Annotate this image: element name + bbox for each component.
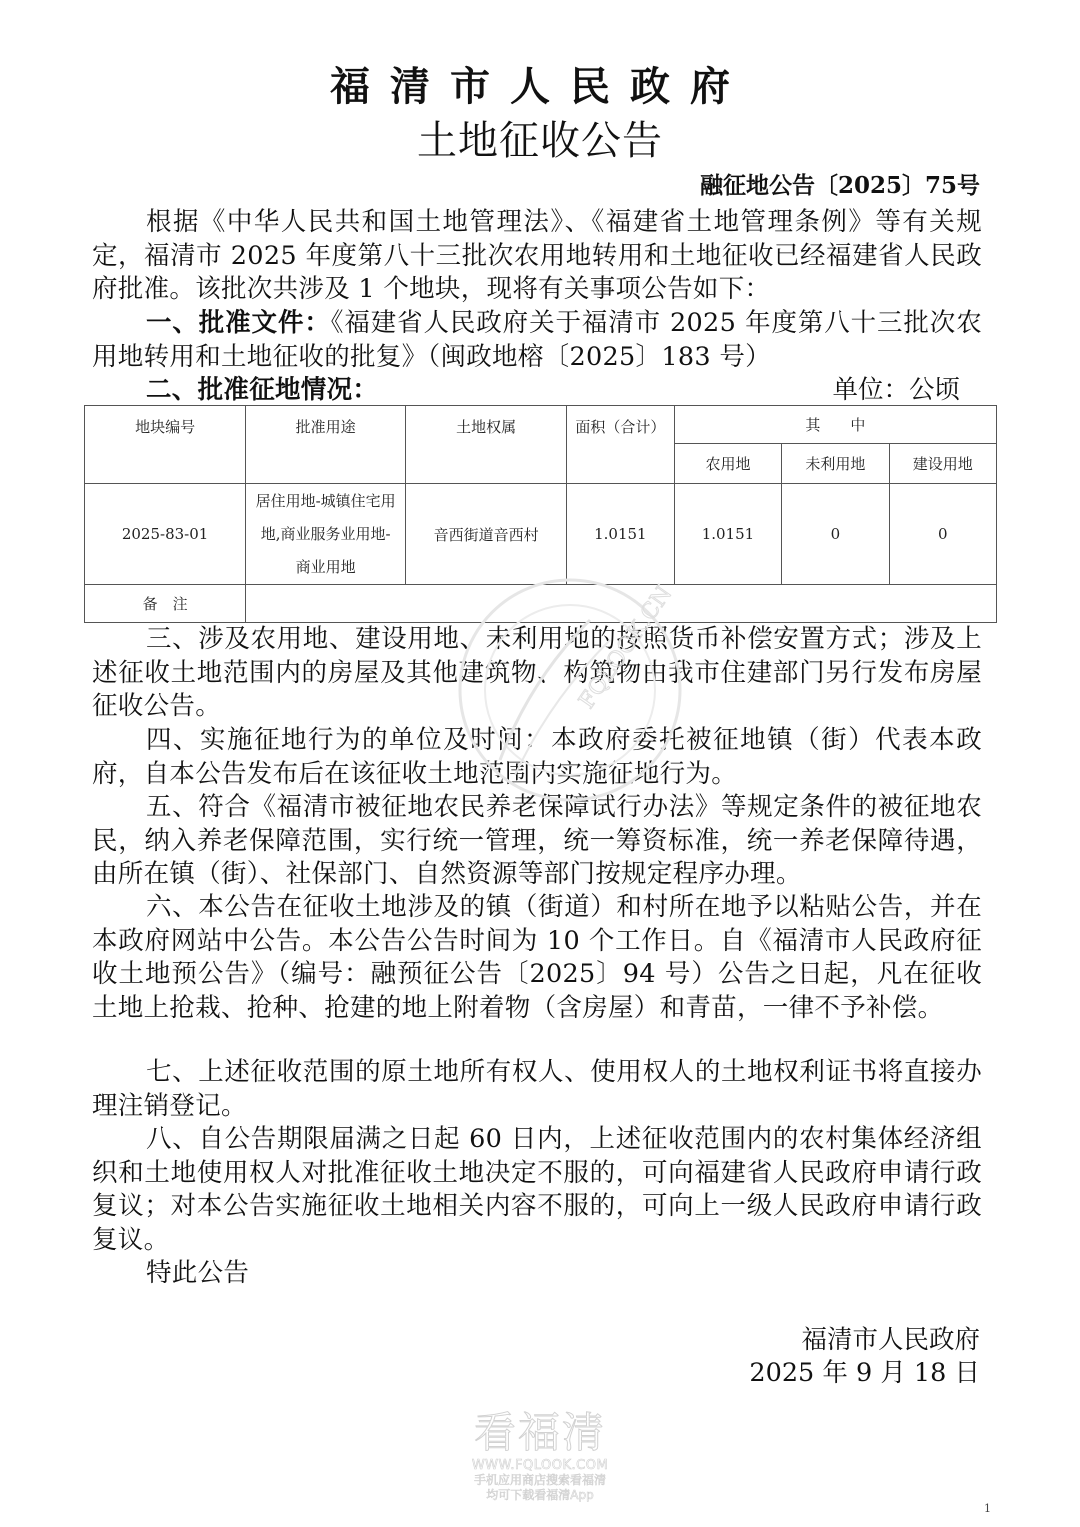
document-number: 融征地公告〔2025〕75号 — [700, 170, 980, 202]
header-of-which: 其 中 — [674, 406, 996, 444]
section-7-paragraph: 七、上述征收范围的原土地所有权人、使用权人的土地权利证书将直接办理注销登记。 — [92, 1056, 982, 1123]
issuer-heading: 福清市人民政府 — [0, 62, 1080, 112]
land-acquisition-table: 地块编号 批准用途 土地权属 面积（合计） 其 中 农用地 未利用地 建设用地 … — [84, 405, 997, 623]
table-row: 2025-83-01 居住用地-城镇住宅用 地,商业服务业用地- 商业用地 音西… — [85, 484, 997, 585]
usage-line: 地,商业服务业用地- — [246, 518, 405, 551]
usage-line: 居住用地-城镇住宅用 — [246, 485, 405, 518]
header-unused: 未利用地 — [782, 444, 889, 484]
header-agricultural: 农用地 — [674, 444, 782, 484]
watermark-logo-text: 看福清 — [440, 1408, 640, 1458]
section-8-paragraph: 八、自公告期限届满之日起 60 日内，上述征收范围内的农村集体经济组织和土地使用… — [92, 1123, 982, 1257]
section-1-label: 一、批准文件： — [146, 308, 331, 338]
page-number: 1 — [984, 1502, 991, 1515]
cell-construction: 0 — [889, 484, 996, 585]
cell-area-total: 1.0151 — [567, 484, 675, 585]
section-4-paragraph: 四、实施征地行为的单位及时间：本政府委托被征地镇（街）代表本政府，自本公告发布后… — [92, 724, 982, 791]
header-construction: 建设用地 — [889, 444, 996, 484]
usage-line: 商业用地 — [246, 551, 405, 584]
section-5-paragraph: 五、符合《福清市被征地农民养老保障试行办法》等规定条件的被征地农民，纳入养老保障… — [92, 791, 982, 892]
remarks-row: 备 注 — [85, 585, 997, 623]
watermark-url: WWW.FQLOOK.COM — [440, 1458, 640, 1473]
section-3-paragraph: 三、涉及农用地、建设用地、未利用地的按照货币补偿安置方式；涉及上述征收土地范围内… — [92, 623, 982, 724]
remarks-value — [246, 585, 997, 623]
signature-issuer: 福清市人民政府 — [801, 1324, 980, 1357]
section-1-approval-document: 一、批准文件：《福建省人民政府关于福清市 2025 年度第八十三批次农用地转用和… — [92, 307, 982, 374]
header-ownership: 土地权属 — [406, 406, 567, 484]
header-usage: 批准用途 — [246, 406, 406, 484]
closing-text: 特此公告 — [92, 1257, 982, 1291]
table-header-row: 地块编号 批准用途 土地权属 面积（合计） 其 中 — [85, 406, 997, 444]
header-area-total: 面积（合计） — [567, 406, 675, 484]
signature-date: 2025 年 9 月 18 日 — [749, 1357, 980, 1390]
unit-label: 单位：公顷 — [832, 374, 960, 407]
watermark-logo: 看福清 WWW.FQLOOK.COM 手机应用商店搜索看福清 均可下载看福清Ap… — [440, 1408, 640, 1503]
section-6-paragraph: 六、本公告在征收土地涉及的镇（街道）和村所在地予以粘贴公告，并在本政府网站中公告… — [92, 891, 982, 1025]
cell-unused: 0 — [782, 484, 889, 585]
watermark-line-1: 手机应用商店搜索看福清 — [440, 1473, 640, 1488]
cell-ownership: 音西街道音西村 — [406, 484, 567, 585]
intro-paragraph: 根据《中华人民共和国土地管理法》、《福建省土地管理条例》等有关规定，福清市 20… — [92, 206, 982, 307]
document-title: 土地征收公告 — [0, 116, 1080, 166]
document-page: 福清市人民政府 土地征收公告 融征地公告〔2025〕75号 根据《中华人民共和国… — [0, 0, 1080, 1527]
watermark-line-2: 均可下载看福清App — [440, 1488, 640, 1503]
section-2-label: 二、批准征地情况： — [146, 375, 378, 405]
cell-usage: 居住用地-城镇住宅用 地,商业服务业用地- 商业用地 — [246, 484, 406, 585]
cell-parcel-id: 2025-83-01 — [85, 484, 246, 585]
header-parcel-id: 地块编号 — [85, 406, 246, 484]
cell-agricultural: 1.0151 — [674, 484, 782, 585]
remarks-label: 备 注 — [85, 585, 246, 623]
